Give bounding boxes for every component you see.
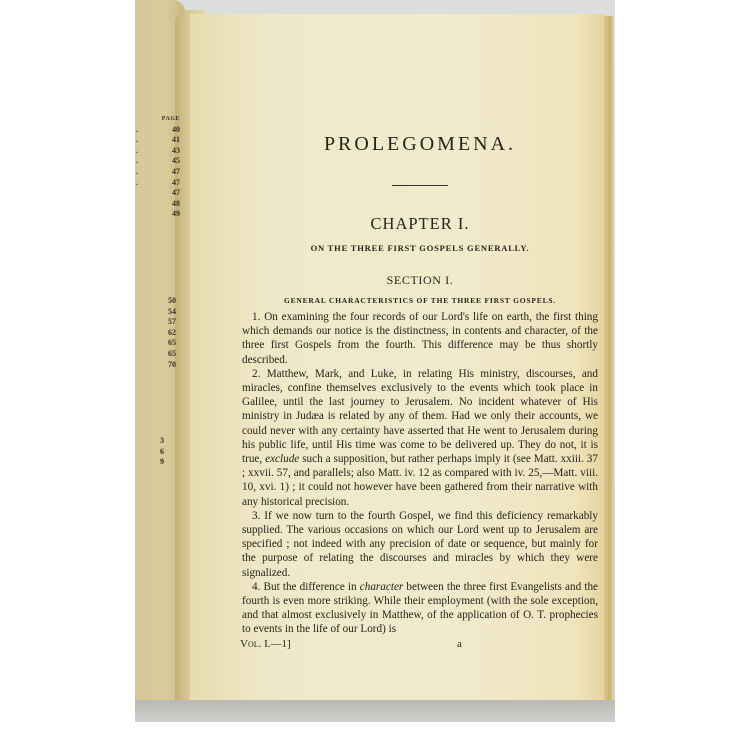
toc-entry: .41 (136, 135, 180, 146)
paragraph-2: 2. Matthew, Mark, and Luke, in relating … (242, 367, 598, 509)
paragraph-4: 4. But the difference in character betwe… (242, 580, 598, 637)
toc-entry: .43 (136, 146, 180, 157)
toc-entry: .47 (136, 178, 180, 189)
toc-entry: .47 (136, 167, 180, 178)
page-footer: Vol. I.—1] a (242, 638, 598, 652)
page-content: PROLEGOMENA. CHAPTER I. ON THE THREE FIR… (242, 130, 598, 652)
left-page-numbers-top: PAGE .40 .41 .43 .45 .47 .47 47 48 49 (136, 114, 180, 220)
chapter-subtitle: ON THE THREE FIRST GOSPELS GENERALLY. (242, 243, 598, 253)
page-label: PAGE (136, 114, 180, 125)
page-edges (604, 16, 614, 706)
paragraph-1: 1. On examining the four records of our … (242, 310, 598, 367)
toc-entry: .40 (136, 125, 180, 136)
toc-entry: 47 (136, 188, 180, 199)
toc-entry: 48 (136, 199, 180, 210)
book-photo: PAGE .40 .41 .43 .45 .47 .47 47 48 49 50… (0, 0, 750, 750)
paragraph-3: 3. If we now turn to the fourth Gospel, … (242, 509, 598, 580)
page-title: PROLEGOMENA. (242, 133, 598, 161)
signature-mark: a (457, 638, 462, 650)
bottom-shadow (135, 700, 615, 722)
body-text: 1. On examining the four records of our … (242, 310, 598, 637)
chapter-heading: CHAPTER I. (242, 214, 598, 234)
section-heading: SECTION I. (242, 273, 598, 288)
section-subtitle: GENERAL CHARACTERISTICS OF THE THREE FIR… (242, 296, 598, 305)
toc-entry: 49 (136, 209, 180, 220)
toc-entry: .45 (136, 156, 180, 167)
emphasis: exclude (265, 453, 299, 465)
left-page-numbers-middle: 50 54 57 62 65 65 70 (136, 296, 176, 370)
title-rule (392, 185, 448, 186)
emphasis: character (360, 581, 404, 593)
left-page-numbers-bottom: 3 6 9 (136, 436, 164, 468)
volume-mark: Vol. I.—1] (240, 638, 291, 650)
